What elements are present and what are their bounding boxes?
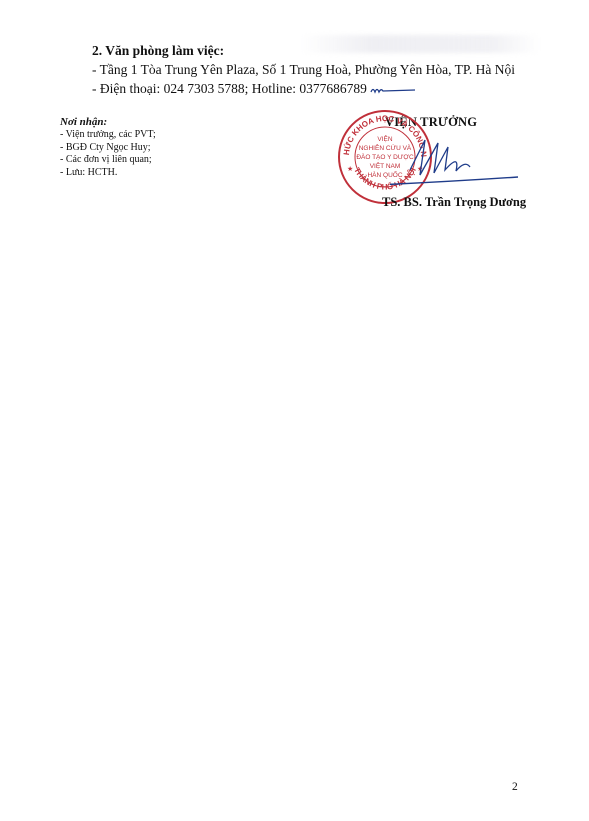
- signature-block: VIỆN TRƯỞNG TỔ CHỨC KHOA HỌC VÀ CÔNG NGH…: [330, 100, 530, 220]
- recipient-item: - Các đơn vị liên quan;: [60, 154, 156, 167]
- office-section: 2. Văn phòng làm việc: - Tầng 1 Tòa Trun…: [92, 42, 515, 98]
- recipient-item: - BGĐ Cty Ngọc Huy;: [60, 142, 156, 155]
- section-heading: 2. Văn phòng làm việc:: [92, 42, 515, 60]
- recipients-list: Nơi nhận: - Viện trưởng, các PVT; - BGĐ …: [60, 116, 156, 179]
- recipient-item: - Lưu: HCTH.: [60, 167, 156, 180]
- recipients-title: Nơi nhận:: [60, 116, 156, 129]
- recipient-item: - Viện trưởng, các PVT;: [60, 129, 156, 142]
- address-line: - Tầng 1 Tòa Trung Yên Plaza, Số 1 Trung…: [92, 60, 515, 79]
- svg-text:★: ★: [347, 165, 353, 173]
- phone-text: - Điện thoại: 024 7303 5788; Hotline: 03…: [92, 81, 367, 96]
- page-number: 2: [512, 781, 518, 793]
- initials-scribble-icon: [369, 85, 417, 95]
- phone-line: - Điện thoại: 024 7303 5788; Hotline: 03…: [92, 79, 515, 98]
- handwritten-signature-icon: [390, 125, 520, 195]
- signer-name: TS. BS. Trần Trọng Dương: [382, 195, 526, 210]
